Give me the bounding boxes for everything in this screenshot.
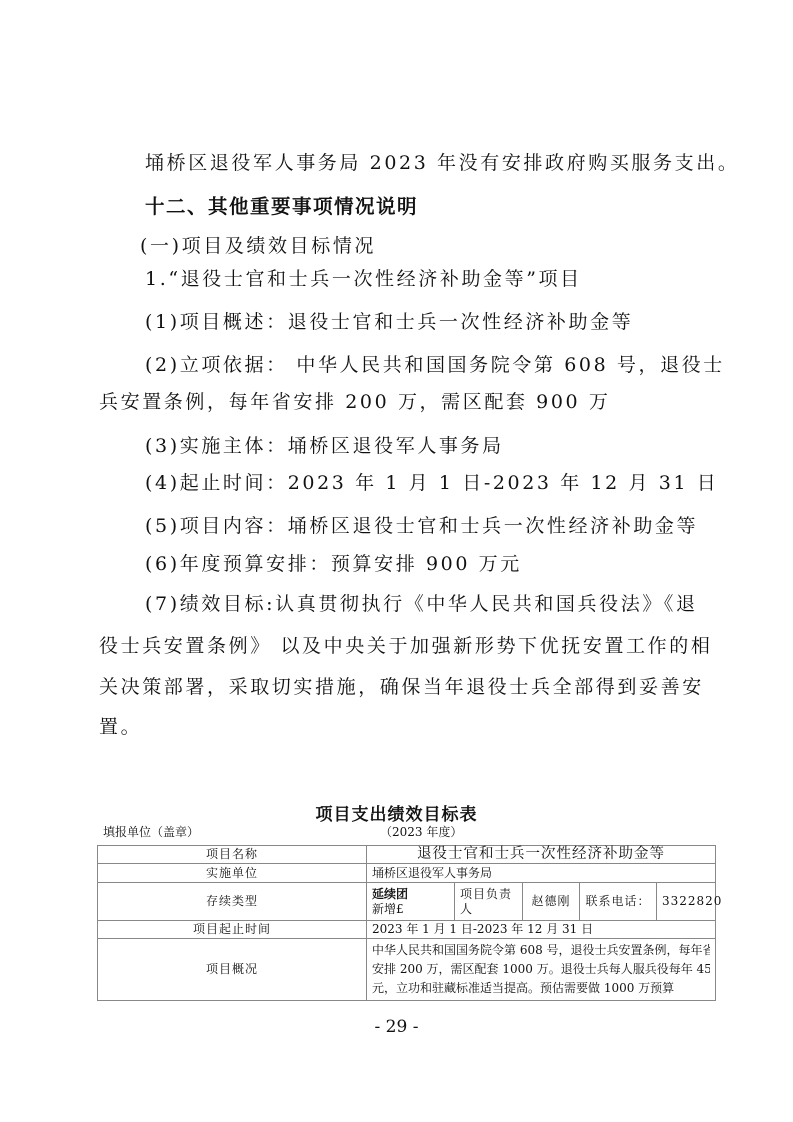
section-heading: 十二、其他重要事项情况说明: [145, 191, 418, 219]
table-row: 项目概况 中华人民共和国国务院令第 608 号，退役士兵安置条例，每年省 安排 …: [98, 939, 716, 1001]
paragraph-no-purchase: 埇桥区退役军人事务局 2023 年没有安排政府购买服务支出。: [145, 148, 739, 175]
subsection-heading: (一)项目及绩效目标情况: [140, 231, 376, 258]
performance-target-table: 项目名称 退役士官和士兵一次性经济补助金等 实施单位 埇桥区退役军人事务局 存续…: [97, 845, 716, 1001]
period-label: 项目起止时间: [98, 921, 367, 939]
continuation-type-value: 延续团 新增£: [367, 883, 455, 921]
overview-line-3: 元，立功和驻藏标准适当提高。预估需要做 1000 万预算: [372, 979, 710, 998]
table-title: 项目支出绩效目标表: [0, 800, 793, 825]
item-implementer: (3)实施主体：埇桥区退役军人事务局: [145, 431, 504, 458]
item-goal: (7)绩效目标:认真贯彻执行《中华人民共和国兵役法》《退: [145, 589, 698, 616]
item-overview: (1)项目概述：退役士官和士兵一次性经济补助金等: [145, 307, 633, 334]
continuation-type-label: 存续类型: [98, 883, 367, 921]
year-label: （2023 年度）: [380, 823, 462, 840]
item-goal-cont-3: 置。: [99, 712, 142, 739]
project-name-value: 退役士官和士兵一次性经济补助金等: [367, 846, 716, 864]
overview-value: 中华人民共和国国务院令第 608 号，退役士兵安置条例，每年省 安排 200 万…: [367, 939, 716, 1001]
fill-unit-label: 填报单位（盖章）: [103, 823, 199, 840]
table-row: 存续类型 延续团 新增£ 项目负责人 赵德刚 联系电话： 3322820: [98, 883, 716, 921]
project-title: 1.“退役士官和士兵一次性经济补助金等”项目: [145, 264, 582, 291]
impl-unit-value: 埇桥区退役军人事务局: [367, 864, 716, 883]
table-row: 实施单位 埇桥区退役军人事务局: [98, 864, 716, 883]
page-number: - 29 -: [0, 1017, 793, 1037]
phone-value: 3322820: [657, 883, 716, 921]
impl-unit-label: 实施单位: [98, 864, 367, 883]
table-row: 项目起止时间 2023 年 1 月 1 日-2023 年 12 月 31 日: [98, 921, 716, 939]
overview-line-2: 安排 200 万，需区配套 1000 万。退役士兵每人服兵役每年 4500: [372, 960, 710, 979]
project-name-label: 项目名称: [98, 846, 367, 864]
period-value: 2023 年 1 月 1 日-2023 年 12 月 31 日: [367, 921, 716, 939]
overview-line-1: 中华人民共和国国务院令第 608 号，退役士兵安置条例，每年省: [372, 941, 710, 960]
phone-label: 联系电话：: [580, 883, 657, 921]
item-goal-cont-1: 役士兵安置条例》 以及中央关于加强新形势下优抚安置工作的相: [99, 631, 712, 658]
continuation-option-new: 新增£: [372, 902, 449, 917]
item-period: (4)起止时间：2023 年 1 月 1 日-2023 年 12 月 31 日: [145, 468, 718, 495]
item-basis: (2)立项依据： 中华人民共和国国务院令第 608 号，退役士: [145, 350, 725, 377]
item-content: (5)项目内容：埇桥区退役士官和士兵一次性经济补助金等: [145, 511, 698, 538]
continuation-option-continue: 延续团: [372, 887, 449, 902]
table-row: 项目名称 退役士官和士兵一次性经济补助金等: [98, 846, 716, 864]
item-budget: (6)年度预算安排：预算安排 900 万元: [145, 549, 522, 576]
item-basis-cont: 兵安置条例，每年省安排 200 万，需区配套 900 万: [99, 387, 611, 414]
overview-label: 项目概况: [98, 939, 367, 1001]
project-leader-value: 赵德刚: [523, 883, 580, 921]
project-leader-label: 项目负责人: [455, 883, 523, 921]
item-goal-cont-2: 关决策部署，采取切实措施，确保当年退役士兵全部得到妥善安: [99, 672, 704, 699]
